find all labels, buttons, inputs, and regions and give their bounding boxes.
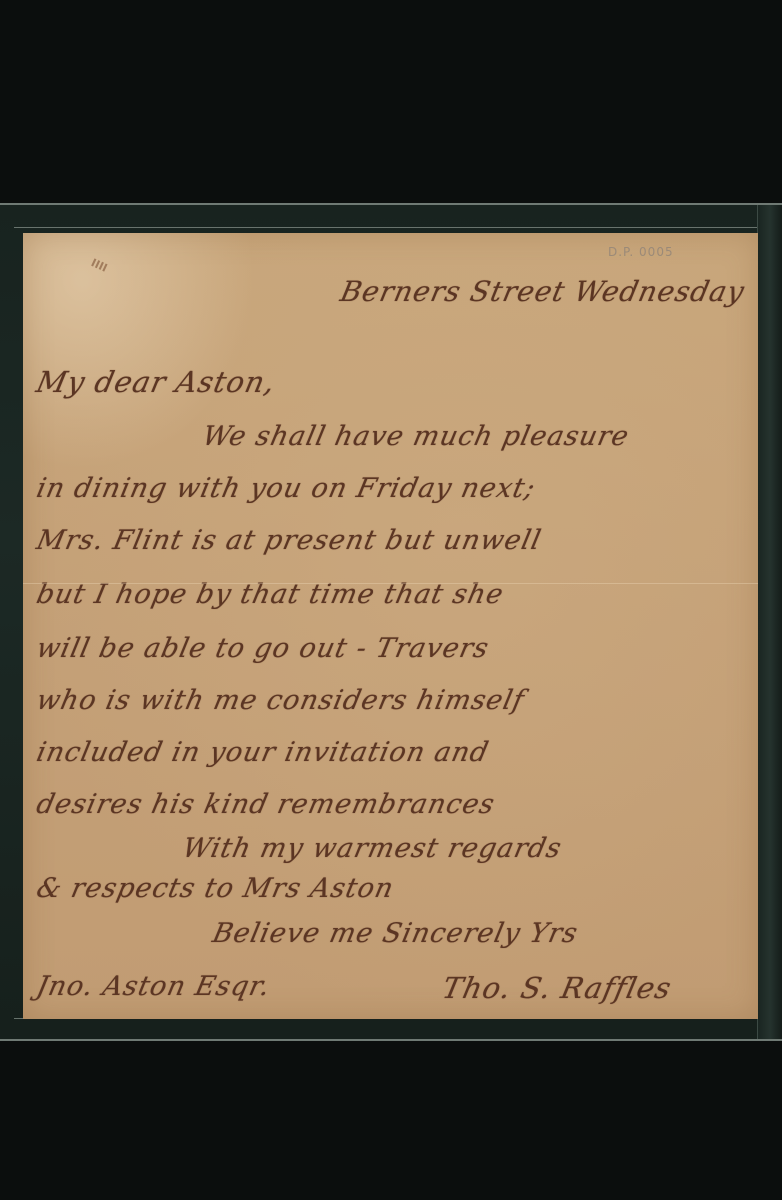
body-line-6: who is with me considers himself (34, 685, 528, 716)
closing: Believe me Sincerely Yrs (210, 918, 581, 949)
body-line-4: but I hope by that time that she (34, 579, 507, 610)
body-line-7: included in your invitation and (34, 737, 492, 768)
addressee: Jno. Aston Esqr. (34, 971, 274, 1002)
signature: Tho. S. Raffles (439, 971, 674, 1005)
body-line-5: will be able to go out - Travers (34, 633, 492, 664)
body-line-10: & respects to Mrs Aston (34, 873, 397, 904)
frame-top-line (14, 227, 760, 228)
body-line-3: Mrs. Flint is at present but unwell (34, 525, 545, 556)
body-line-2: in dining with you on Friday next; (34, 473, 539, 504)
salutation: My dear Aston, (33, 365, 278, 399)
body-line-1: We shall have much pleasure (200, 421, 632, 452)
body-line-8: desires his kind remembrances (34, 789, 498, 820)
letter-paper: D.P. 0005 IIII Berners Street Wednesday … (23, 233, 758, 1019)
letter-heading: Berners Street Wednesday (337, 275, 747, 308)
body-line-9: With my warmest regards (180, 833, 565, 864)
frame-right-edge (757, 205, 782, 1039)
archive-number: D.P. 0005 (608, 245, 674, 259)
stamp-mark: IIII (89, 256, 109, 275)
